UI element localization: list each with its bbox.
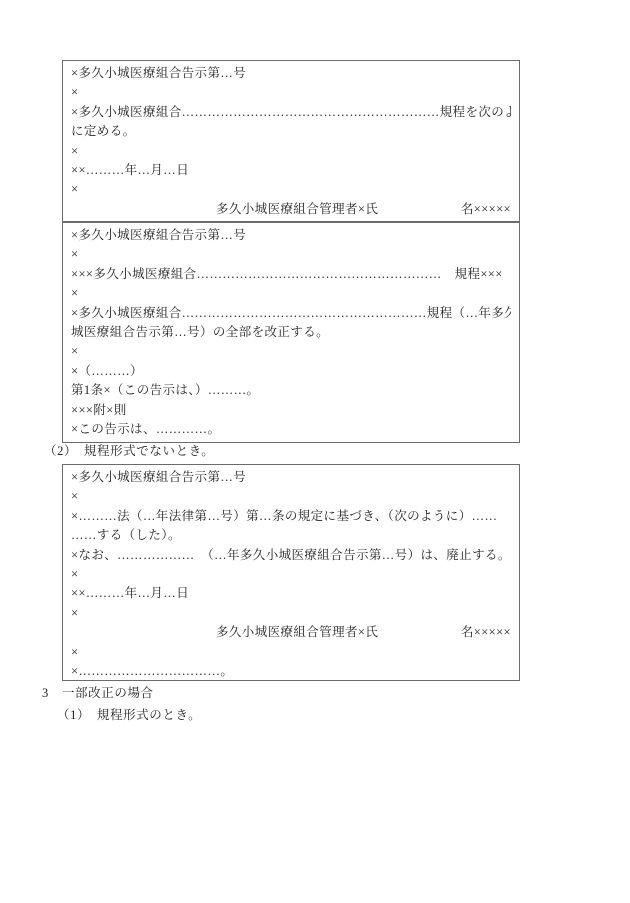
signature-name: 名××××× xyxy=(461,200,511,219)
signature-title: 多久小城医療組合管理者×氏 xyxy=(216,200,378,219)
box3-line: ×多久小城医療組合告示第…号 xyxy=(71,468,511,487)
notice-example-box-2: ×多久小城医療組合告示第…号 × ×××多久小城医療組合………………………………… xyxy=(62,222,520,443)
box2-line: ×この告示は、…………。 xyxy=(71,420,511,439)
box1-line: × xyxy=(71,142,511,161)
box1-signature-line: 多久小城医療組合管理者×氏 名××××× xyxy=(71,200,511,219)
section-2-label: （2） 規程形式でないとき。 xyxy=(44,444,214,459)
box2-line: × xyxy=(71,284,511,303)
box2-line: ×××附×則 xyxy=(71,401,511,420)
section-3-label: 3 一部改正の場合 xyxy=(42,686,154,701)
document-page: ×多久小城医療組合告示第…号 × ×多久小城医療組合……………………………………… xyxy=(0,0,630,903)
section-3-1-label: （1） 規程形式のとき。 xyxy=(57,708,201,723)
box2-line: ×多久小城医療組合告示第…号 xyxy=(71,226,511,245)
notice-example-box-3: ×多久小城医療組合告示第…号 × ×………法（…年法律第…号）第…条の規定に基づ… xyxy=(62,464,520,681)
box3-line: × xyxy=(71,643,511,662)
box2-line: × xyxy=(71,342,511,361)
notice-example-box-1: ×多久小城医療組合告示第…号 × ×多久小城医療組合……………………………………… xyxy=(62,60,520,222)
box2-line: ×（………） xyxy=(71,362,511,381)
box1-line: ×多久小城医療組合……………………………………………………規程を次のよう xyxy=(71,103,511,122)
box2-line: 第1条×（この告示は、）………。 xyxy=(71,381,511,400)
box1-line: × xyxy=(71,180,511,199)
signature-title: 多久小城医療組合管理者×氏 xyxy=(216,623,378,642)
box3-line: ……する（した）。 xyxy=(71,526,511,545)
box3-line: ×なお、……………… （…年多久小城医療組合告示第…号）は、廃止する。 xyxy=(71,546,511,565)
box1-line: × xyxy=(71,83,511,102)
box2-line: × xyxy=(71,245,511,264)
box1-line: ×多久小城医療組合告示第…号 xyxy=(71,64,511,83)
box3-line: ××………年…月…日 xyxy=(71,584,511,603)
box2-line: ×××多久小城医療組合………………………………………………… 規程××× xyxy=(71,265,511,284)
box3-line: × xyxy=(71,604,511,623)
box1-line: に定める。 xyxy=(71,122,511,141)
signature-name: 名××××× xyxy=(461,623,511,642)
box2-line: 城医療組合告示第…号）の全部を改正する。 xyxy=(71,323,511,342)
box3-line: ×………法（…年法律第…号）第…条の規定に基づき、（次のように）…… xyxy=(71,507,511,526)
box3-line: × xyxy=(71,565,511,584)
box2-line: ×多久小城医療組合…………………………………………………規程（…年多久小 xyxy=(71,304,511,323)
box3-line: ×……………………………。 xyxy=(71,662,511,681)
box3-signature-line: 多久小城医療組合管理者×氏 名××××× xyxy=(71,623,511,642)
box1-line: ××………年…月…日 xyxy=(71,161,511,180)
box3-line: × xyxy=(71,487,511,506)
